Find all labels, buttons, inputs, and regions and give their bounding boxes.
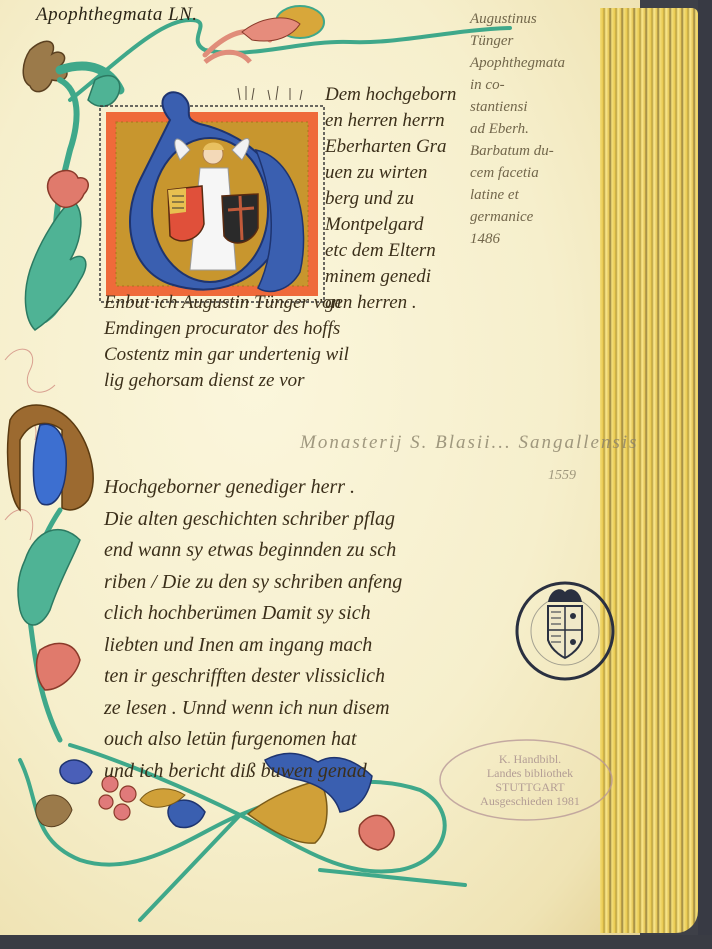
green-acanthus-leaf-icon	[25, 200, 85, 330]
coat-of-arms-right-icon	[222, 194, 258, 243]
pen-grass-icon	[238, 86, 302, 100]
red-leaf-lower-icon	[37, 643, 80, 690]
top-gold-leaf-icon	[205, 6, 324, 62]
library-stamp-round	[517, 583, 613, 679]
blue-flower-bottom-left-icon	[168, 800, 205, 827]
dedication-text: Dem hochgeborn en herren herrn Eberharte…	[325, 82, 456, 316]
manuscript-page: Apophthegmata LN. Augustinus Tünger Apop…	[0, 0, 712, 949]
red-flower-left-icon	[48, 171, 89, 208]
coat-of-arms-left-icon	[168, 186, 204, 241]
marginal-note-right: Augustinus Tünger Apophthegmata in co- s…	[470, 8, 565, 250]
running-header: Apophthegmata LN.	[36, 4, 198, 26]
gold-leaf-bottom-icon	[248, 780, 327, 843]
blue-flower-small-icon	[60, 760, 92, 783]
marginal-note-middle: Monasterij S. Blasii... Sangallensis	[300, 432, 639, 454]
brown-leaf-bottom-icon	[36, 795, 72, 827]
illuminated-initial-h	[8, 405, 94, 510]
green-acanthus-lower-icon	[18, 530, 80, 625]
illuminated-initial-d	[100, 92, 324, 302]
marginal-note-year: 1559	[548, 468, 576, 484]
salutation-text: Enbut ich Augustin Tünger von Emdingen p…	[104, 290, 349, 394]
red-flower-bottom-icon	[359, 815, 394, 850]
body-text: Hochgeborner genediger herr . Die alten …	[104, 472, 402, 787]
stamp-oval-text: K. Handbibl. Landes bibliothek STUTTGART…	[460, 752, 600, 808]
